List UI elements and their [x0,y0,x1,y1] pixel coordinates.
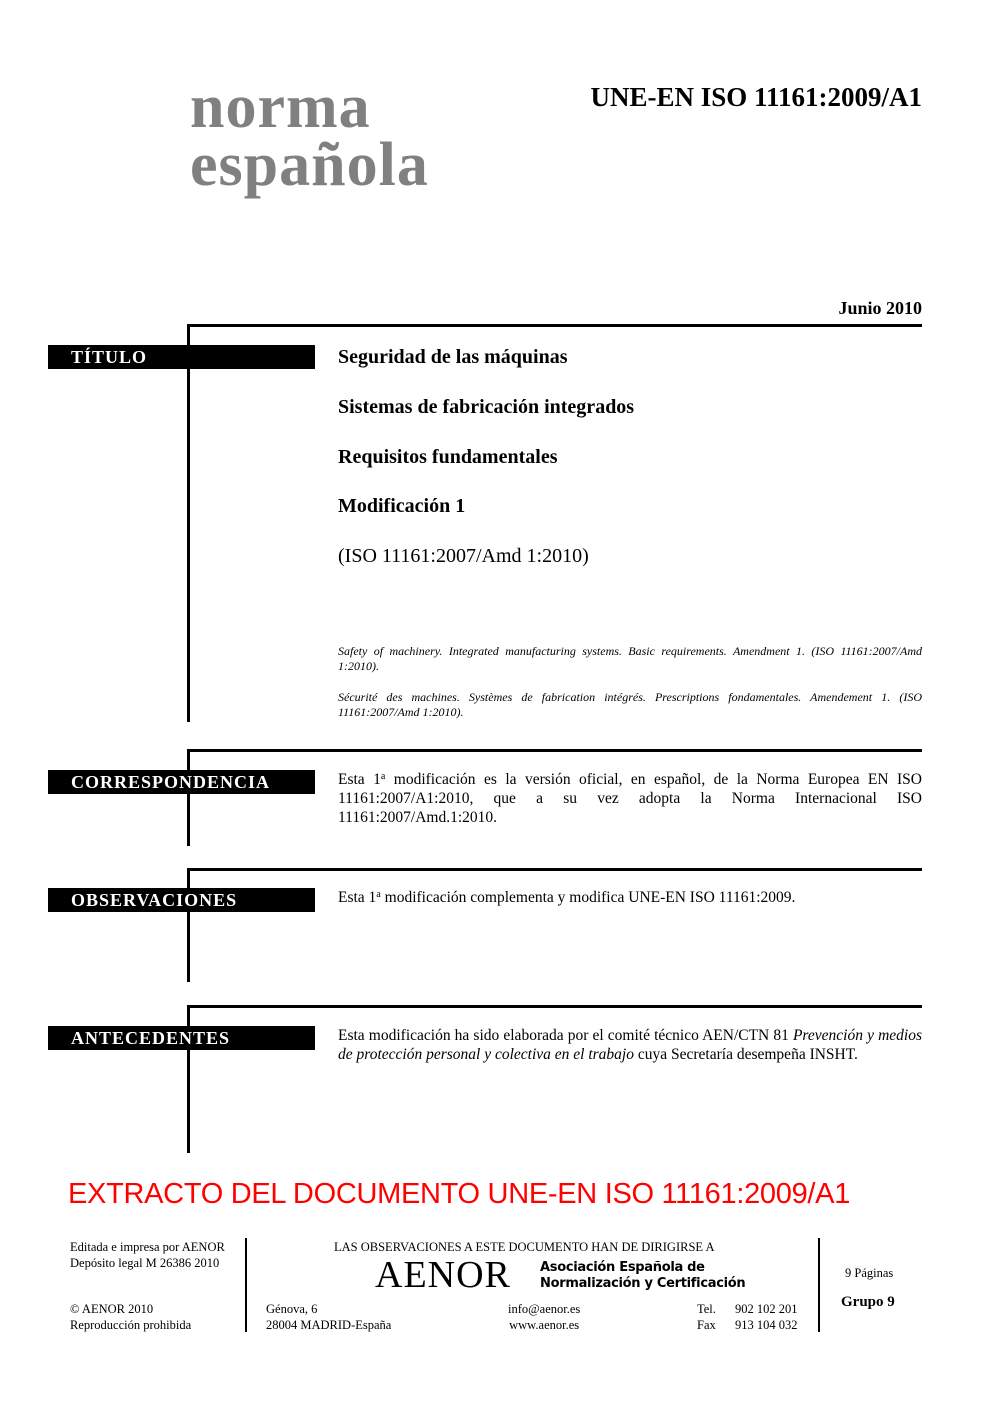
section-label-observaciones: OBSERVACIONES [48,888,315,912]
page-count: 9 Páginas [845,1265,893,1281]
footer-address: Génova, 6 28004 MADRID-España [266,1301,391,1333]
section-label-antecedentes: ANTECEDENTES [48,1026,315,1050]
section-divider-correspondencia [187,749,922,752]
title-line-4: Modificación 1 [338,495,465,518]
brand-line-1: norma [190,78,429,136]
antecedentes-text: Esta modificación ha sido elaborada por … [338,1026,922,1064]
section-label-correspondencia: CORRESPONDENCIA [48,770,315,794]
standard-code: UNE-EN ISO 11161:2009/A1 [590,82,922,113]
tel-number: 902 102 201 [735,1301,798,1317]
footer-phone-labels: Tel. Fax [697,1301,716,1333]
footer-web-contacts: info@aenor.es www.aenor.es [508,1301,580,1333]
address-city: 28004 MADRID-España [266,1317,391,1333]
reproduction-notice: Reproducción prohibida [70,1317,191,1333]
brand-title: norma española [190,78,429,194]
observaciones-text: Esta 1a modificación complementa y modif… [338,888,922,907]
footer-copyright: © AENOR 2010 Reproducción prohibida [70,1301,191,1333]
title-line-3: Requisitos fundamentales [338,446,557,469]
title-translation-en: Safety of machinery. Integrated manufact… [338,644,922,674]
aenor-logo: AENOR [375,1255,511,1295]
title-line-1: Seguridad de las máquinas [338,346,568,369]
title-translation-fr: Sécurité des machines. Systèmes de fabri… [338,690,922,720]
section-label-titulo: TÍTULO [48,345,315,369]
legal-deposit: Depósito legal M 26386 2010 [70,1255,225,1271]
section-divider-titulo [187,324,922,327]
section-rule-correspondencia [187,749,190,846]
aenor-organization-name: Asociación Española de Normalización y C… [540,1260,745,1292]
title-reference: (ISO 11161:2007/Amd 1:2010) [338,545,589,568]
footer-publisher: Editada e impresa por AENOR Depósito leg… [70,1239,225,1271]
website-link[interactable]: www.aenor.es [508,1317,580,1333]
edited-by: Editada e impresa por AENOR [70,1239,225,1255]
footer-divider-right [818,1238,820,1332]
correspondencia-text: Esta 1a modificación es la versión ofici… [338,770,922,827]
title-line-2: Sistemas de fabricación integrados [338,396,634,419]
footer-divider-left [245,1238,247,1332]
section-divider-antecedentes [187,1005,922,1008]
email-link[interactable]: info@aenor.es [508,1301,580,1317]
publication-date: Junio 2010 [838,298,922,319]
section-rule-observaciones [187,868,190,982]
address-street: Génova, 6 [266,1301,391,1317]
fax-number: 913 104 032 [735,1317,798,1333]
extract-notice: EXTRACTO DEL DOCUMENTO UNE-EN ISO 11161:… [68,1178,850,1211]
brand-line-2: española [190,136,429,194]
price-group: Grupo 9 [841,1294,895,1311]
copyright: © AENOR 2010 [70,1301,191,1317]
section-rule-titulo [187,324,190,722]
section-divider-observaciones [187,868,922,871]
footer-phone-numbers: 902 102 201 913 104 032 [735,1301,798,1333]
observations-header: LAS OBSERVACIONES A ESTE DOCUMENTO HAN D… [334,1239,715,1255]
